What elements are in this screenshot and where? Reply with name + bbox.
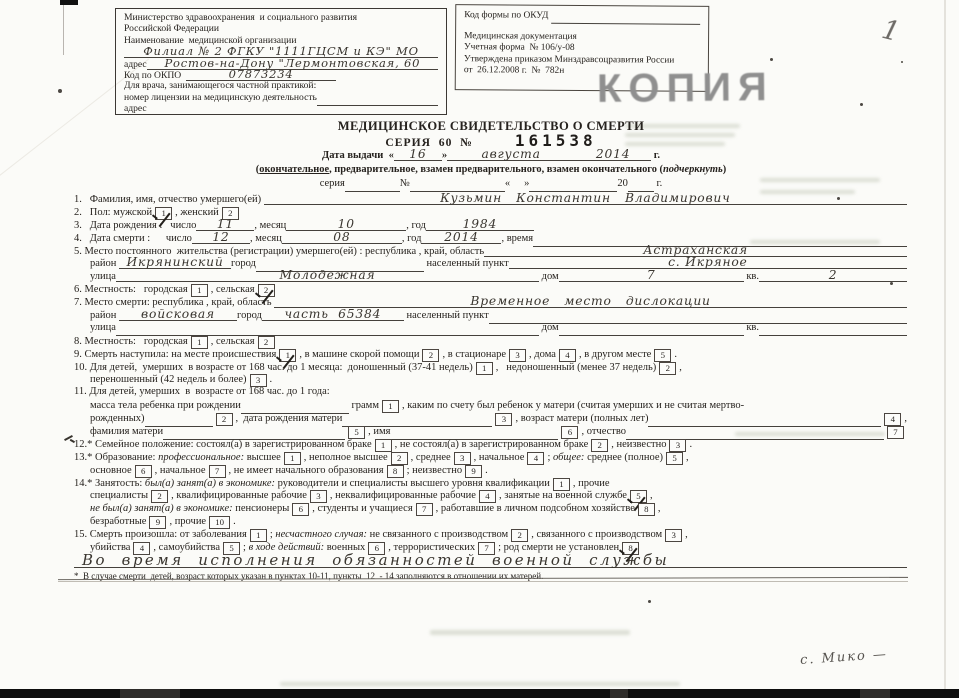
form-line-26: безработные9, прочие10. <box>74 515 907 528</box>
printed-text: не связанного с производством <box>367 529 508 542</box>
checkbox-1: 1 <box>553 478 570 491</box>
form-line-12: 8. Местность: городская1, сельская2 <box>74 335 907 348</box>
handwritten-entry: августа <box>447 149 575 161</box>
blank-underline <box>551 10 701 25</box>
printed-text: г. <box>654 178 662 191</box>
checkbox-5-checked: 5 <box>630 490 647 503</box>
printed-text: № <box>400 178 410 191</box>
handwritten-entry: с. Икряное <box>509 257 907 269</box>
handwritten-entry: войсковая <box>119 309 237 321</box>
checkbox-3: 3 <box>665 529 682 542</box>
form-line-19: фамилия матери 5, имя 6, отчество 7 <box>74 425 907 438</box>
form-line-3: 3. Дата рождения : число11, месяц10, год… <box>74 219 907 232</box>
printed-text: . <box>233 516 236 529</box>
checkbox-7: 7 <box>887 426 904 439</box>
printed-text: среднее (полное) <box>584 452 663 465</box>
bleedthrough-artifact <box>430 630 630 635</box>
printed-text: , работавшие в личном подсобном хозяйств… <box>436 503 635 516</box>
printed-text: СЕРИЯ 60 № <box>385 137 472 150</box>
checkbox-10: 10 <box>209 516 230 529</box>
checkbox-2: 2 <box>391 452 408 465</box>
printed-text: , каким по счету был ребенок у матери (с… <box>402 400 744 413</box>
checkbox-7: 7 <box>209 465 226 478</box>
checkbox-3: 3 <box>495 413 512 426</box>
blank-underline <box>163 426 345 440</box>
code-box-line-1: Код формы по ОКУД <box>464 9 700 22</box>
handwritten-entry: 07873234 <box>186 69 336 81</box>
printed-text: , не состоял(а) в зарегистрированном бра… <box>395 439 589 452</box>
checkbox-2: 2 <box>659 362 676 375</box>
printed-text: , имя <box>368 426 390 439</box>
printed-text: 10. Для детей, умерших в возрасте от 168… <box>74 362 473 375</box>
form-line-1: 1. Фамилия, имя, отчество умершего(ей) К… <box>74 193 907 206</box>
printed-text: г. <box>651 150 660 163</box>
checkbox-2-checked: 2 <box>258 284 275 297</box>
form-line-29: Во время исполнения обязанностей военной… <box>74 554 907 571</box>
checkbox-2: 2 <box>258 336 275 349</box>
printed-text: рожденных) <box>90 413 145 426</box>
printed-text: , <box>650 490 653 503</box>
printed-text: , месяц <box>250 233 282 246</box>
printed-text: , неизвестно <box>611 439 666 452</box>
checkbox-9: 9 <box>149 516 166 529</box>
ink-speck <box>58 89 62 93</box>
scan-right-edge <box>944 0 946 698</box>
handwritten-entry: Икрянинский <box>119 257 231 269</box>
org-box-line-2: Российской Федерации <box>124 23 438 34</box>
printed-text: , возраст матери (полных лет) <box>515 413 648 426</box>
form-line-16: 11. Для детей, умерших в возрасте от 168… <box>74 386 907 399</box>
blank-underline <box>759 322 907 336</box>
blank-underline <box>559 322 744 336</box>
form-line-13: 9. Смерть наступила: на месте происшеств… <box>74 348 907 361</box>
printed-text-italic: общее: <box>553 452 584 465</box>
title-line-3: Дата выдачи «16»августа2014 г. <box>75 149 907 164</box>
spacer <box>336 70 438 83</box>
handwritten-entry: Кузьмин Константин Владимирович <box>264 193 907 205</box>
printed-text-italic: не был(а) занят(а) в экономике: <box>90 503 233 516</box>
printed-text: , занятые на военной службе <box>499 490 627 503</box>
handwritten-entry: 16 <box>394 149 442 161</box>
printed-text: кв. <box>744 322 759 335</box>
printed-text: улица <box>90 322 116 335</box>
printed-text: 13.* Образование: <box>74 452 158 465</box>
checkbox-4: 4 <box>884 413 901 426</box>
printed-text: кв. <box>744 271 759 284</box>
checkbox-2: 2 <box>216 413 233 426</box>
bottom-rule-shadow <box>58 581 908 582</box>
printed-text: 1. Фамилия, имя, отчество умершего(ей) <box>74 194 264 207</box>
printed-text: , дома <box>529 349 556 362</box>
printed-text: МЕДИЦИНСКОЕ СВИДЕТЕЛЬСТВО О СМЕРТИ <box>338 120 645 133</box>
form-line-17: масса тела ребенка при рождении грамм1, … <box>74 399 907 412</box>
form-line-7: улицаМолодежная дом7 кв.2 <box>74 270 907 283</box>
printed-text: от 26.12.2008 г. № 782н <box>464 64 565 78</box>
title-line-1: МЕДИЦИНСКОЕ СВИДЕТЕЛЬСТВО О СМЕРТИ <box>75 120 907 135</box>
checkbox-1: 1 <box>191 284 208 297</box>
printed-text: . <box>674 349 677 362</box>
printed-text: , <box>686 452 689 465</box>
printed-text: , дата рождения матери <box>236 413 343 426</box>
printed-text: , в машине скорой помощи <box>299 349 419 362</box>
form-line-24: специалисты2, квалифицированные рабочие3… <box>74 489 907 502</box>
form-line-10: район войсковаягородчасть 65384 населенн… <box>74 309 907 322</box>
form-line-21: 13.* Образование: профессиональное: высш… <box>74 451 907 464</box>
printed-text: высшее <box>244 452 281 465</box>
checkbox-1-checked: 1 <box>279 349 296 362</box>
printed-text-italic: профессиональное: <box>158 452 244 465</box>
printed-text: , начальное <box>155 465 206 478</box>
ink-speck <box>860 103 863 106</box>
printed-text: , <box>904 413 907 426</box>
printed-text: , сельская <box>211 284 255 297</box>
handwritten-entry: Молодежная <box>116 270 539 282</box>
printed-text: 11. Для детей, умерших в возрасте от 168… <box>74 386 330 399</box>
printed-text: , среднее <box>411 452 451 465</box>
form-line-22: основное6, начальное7, не имеет начально… <box>74 464 907 477</box>
printed-text: адрес <box>124 103 147 116</box>
handwritten-entry: 08 <box>282 232 402 244</box>
handwritten-corner-note: с. Мико — <box>800 647 889 668</box>
checkbox-6: 6 <box>561 426 578 439</box>
checkbox-3: 3 <box>509 349 526 362</box>
org-box-line-8: номер лицензии на медицинскую деятельнос… <box>124 92 438 103</box>
printed-text: , сельская <box>211 336 255 349</box>
checkbox-9: 9 <box>465 465 482 478</box>
handwritten-entry: 10 <box>286 219 406 231</box>
printed-text: фамилия матери <box>90 426 163 439</box>
checkbox-2: 2 <box>151 490 168 503</box>
form-line-4: 4. Дата смерти : число12, месяц08, год20… <box>74 232 907 245</box>
checkbox-4: 4 <box>479 490 496 503</box>
printed-text: улица <box>90 271 116 284</box>
printed-text: , отчество <box>581 426 626 439</box>
blank-underline <box>648 413 881 427</box>
printed-text: , студенты и учащиеся <box>312 503 412 516</box>
printed-text: 2. Пол: мужской <box>74 207 152 220</box>
printed-text: Код формы по ОКУД <box>464 9 551 23</box>
issuing-organization-lines: Министерство здравоохранения и социально… <box>124 12 438 115</box>
certificate-title-block: МЕДИЦИНСКОЕ СВИДЕТЕЛЬСТВО О СМЕРТИСЕРИЯ … <box>75 120 907 193</box>
ink-speck <box>901 61 903 63</box>
scan-hairline <box>63 5 64 55</box>
printed-text: , квалифицированные рабочие <box>171 490 307 503</box>
printed-text: 6. Местность: городская <box>74 284 188 297</box>
form-line-14: 10. Для детей, умерших в возрасте от 168… <box>74 361 907 374</box>
copy-stamp: КОПИЯ <box>597 65 774 112</box>
printed-text: Дата выдачи « <box>322 150 394 163</box>
blank-underline <box>317 92 438 106</box>
scan-bar-segment <box>120 689 180 698</box>
ink-speck <box>648 600 651 603</box>
printed-text: окончательное <box>259 164 329 177</box>
printed-text: 20 <box>617 178 628 191</box>
issuing-organization-box: Министерство здравоохранения и социально… <box>115 8 447 115</box>
form-line-27: 15. Смерть произошла: от заболевания1; н… <box>74 528 907 541</box>
printed-text: , начальное <box>474 452 525 465</box>
bleedthrough-artifact <box>280 682 680 686</box>
checkbox-5: 5 <box>654 349 671 362</box>
printed-text: руководители и специалисты высшего уровн… <box>275 478 550 491</box>
form-line-25: не был(а) занят(а) в экономике: пенсионе… <box>74 502 907 515</box>
printed-text: ) <box>723 164 726 177</box>
scan-bar-segment <box>610 689 628 698</box>
printed-text: дом <box>539 322 559 335</box>
printed-text: , в другом месте <box>579 349 651 362</box>
blank-underline <box>145 413 213 427</box>
ink-speck <box>770 58 773 61</box>
printed-text: пенсионеры <box>233 503 290 516</box>
handwritten-entry: 2014 <box>575 149 651 161</box>
printed-text: безработные <box>90 516 146 529</box>
checkbox-5: 5 <box>666 452 683 465</box>
handwritten-entry: 2 <box>759 270 907 282</box>
form-line-23: 14.* Занятость: был(а) занят(а) в эконом… <box>74 477 907 490</box>
printed-text: 15. Смерть произошла: от заболевания <box>74 529 247 542</box>
printed-text: . <box>689 439 692 452</box>
handwritten-entry: Во время исполнения обязанностей военной… <box>74 554 907 568</box>
printed-text: номер лицензии на медицинскую деятельнос… <box>124 92 317 105</box>
checkbox-3: 3 <box>454 452 471 465</box>
printed-text: район <box>90 258 119 271</box>
checkbox-1: 1 <box>250 529 267 542</box>
scan-bottom-bar <box>0 689 959 698</box>
printed-text: 3. Дата рождения : число <box>74 220 196 233</box>
blank-underline <box>116 322 539 336</box>
printed-text: основное <box>90 465 132 478</box>
checkbox-2: 2 <box>422 349 439 362</box>
form-line-15: переношенный (42 недель и более)3. <box>74 373 907 386</box>
checkbox-1: 1 <box>284 452 301 465</box>
printed-text: , предварительное, взамен предварительно… <box>329 164 663 177</box>
checkbox-3: 3 <box>310 490 327 503</box>
printed-text: , <box>658 503 661 516</box>
printed-text: , в стационаре <box>442 349 506 362</box>
printed-text: 8. Местность: городская <box>74 336 188 349</box>
scanned-death-certificate-page: Министерство здравоохранения и социально… <box>0 0 959 698</box>
spacer <box>510 178 524 191</box>
checkbox-6: 6 <box>135 465 152 478</box>
handwritten-entry: 1984 <box>426 219 534 231</box>
checkbox-4: 4 <box>559 349 576 362</box>
checkbox-1-checked: 1 <box>155 207 172 220</box>
form-line-18: рожденных) 2, дата рождения матери 3, во… <box>74 412 907 425</box>
checkbox-1: 1 <box>191 336 208 349</box>
printed-text: , неквалифицированные рабочие <box>330 490 476 503</box>
printed-text: , прочие <box>169 516 206 529</box>
printed-text-italic: несчастного случая: <box>275 529 367 542</box>
blank-underline <box>241 400 349 414</box>
printed-text: 9. Смерть наступила: на месте происшеств… <box>74 349 276 362</box>
printed-text: , недоношенный (менее 37 недель) <box>496 362 657 375</box>
checkbox-8: 8 <box>387 465 404 478</box>
printed-text: , не имеет начального образования <box>229 465 384 478</box>
printed-text: серия <box>320 178 345 191</box>
org-box-line-1: Министерство здравоохранения и социально… <box>124 12 438 23</box>
form-line-11: улица дом кв. <box>74 322 907 335</box>
checkbox-7: 7 <box>416 503 433 516</box>
org-box-line-6: Код по ОКПО 07873234 <box>124 69 438 80</box>
printed-text: 4. Дата смерти : число <box>74 233 192 246</box>
checkbox-6: 6 <box>292 503 309 516</box>
printed-text: , <box>679 362 682 375</box>
checkbox-2: 2 <box>511 529 528 542</box>
printed-text: 12.* Семейное положение: состоял(а) в за… <box>74 439 372 452</box>
checkbox-1: 1 <box>476 362 493 375</box>
handwritten-entry: 2014 <box>421 232 501 244</box>
blank-underline <box>626 426 884 440</box>
printed-text: , неполное высшее <box>304 452 388 465</box>
handwritten-page-mark: 1 <box>879 14 903 48</box>
blank-underline <box>342 413 492 427</box>
printed-text: специалисты <box>90 490 148 503</box>
checkbox-3: 3 <box>250 374 267 387</box>
handwritten-entry: часть 65384 <box>262 309 404 321</box>
printed-text-italic: был(а) занят(а) в экономике: <box>145 478 275 491</box>
printed-text: , прочие <box>573 478 610 491</box>
blank-underline <box>345 178 400 192</box>
printed-text: . <box>485 465 488 478</box>
printed-text: масса тела ребенка при рождении <box>90 400 241 413</box>
handwritten-entry: 7 <box>559 270 744 282</box>
checkbox-5: 5 <box>348 426 365 439</box>
printed-text: 161538 <box>515 135 597 148</box>
certificate-form-body: 1. Фамилия, имя, отчество умершего(ей) К… <box>74 193 907 582</box>
checkbox-2: 2 <box>591 439 608 452</box>
form-line-6: район Икрянинскийгород населенный пунктс… <box>74 257 907 270</box>
handwritten-entry: 12 <box>192 232 250 244</box>
printed-text: дом <box>539 271 559 284</box>
printed-text: грамм <box>349 400 379 413</box>
printed-text: , год <box>402 233 422 246</box>
title-line-4: (окончательное, предварительное, взамен … <box>75 164 907 179</box>
printed-text-italic: подчеркнуть <box>663 164 723 177</box>
checkbox-4: 4 <box>527 452 544 465</box>
printed-text: ; неизвестно <box>407 465 463 478</box>
checkbox-1: 1 <box>382 400 399 413</box>
checkbox-8: 8 <box>638 503 655 516</box>
printed-text: 14.* Занятость: <box>74 478 145 491</box>
checkbox-1: 1 <box>375 439 392 452</box>
checkbox-3: 3 <box>669 439 686 452</box>
printed-text: , связанного с производством <box>531 529 662 542</box>
scan-bar-segment <box>860 689 890 698</box>
printed-text: , <box>685 529 688 542</box>
handwritten-entry: 11 <box>196 219 254 231</box>
blank-underline <box>390 426 558 440</box>
